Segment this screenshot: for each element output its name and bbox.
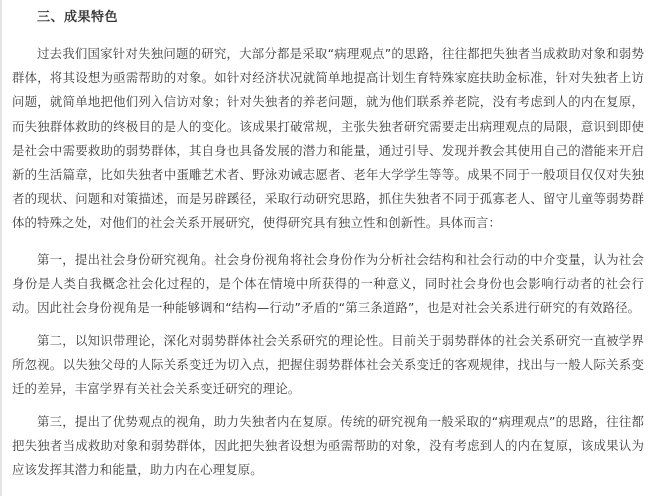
left-border-rule — [0, 0, 2, 496]
paragraph-point-three: 第三，提出了优势观点的视角，助力失独者内在复原。传统的研究视角一般采取的“病理观… — [12, 410, 644, 483]
paragraph-intro: 过去我们国家针对失独问题的研究，大部分都是采取“病理观点”的思路，往往都把失独者… — [12, 42, 644, 236]
paragraph-point-two: 第二，以知识带理论，深化对弱势群体社会关系研究的理论性。目前关于弱势群体的社会关… — [12, 329, 644, 402]
section-heading: 三、成果特色 — [37, 8, 118, 28]
paragraph-point-one: 第一，提出社会身份研究视角。社会身份视角将社会身份作为分析社会结构和社会行动的中… — [12, 248, 644, 321]
